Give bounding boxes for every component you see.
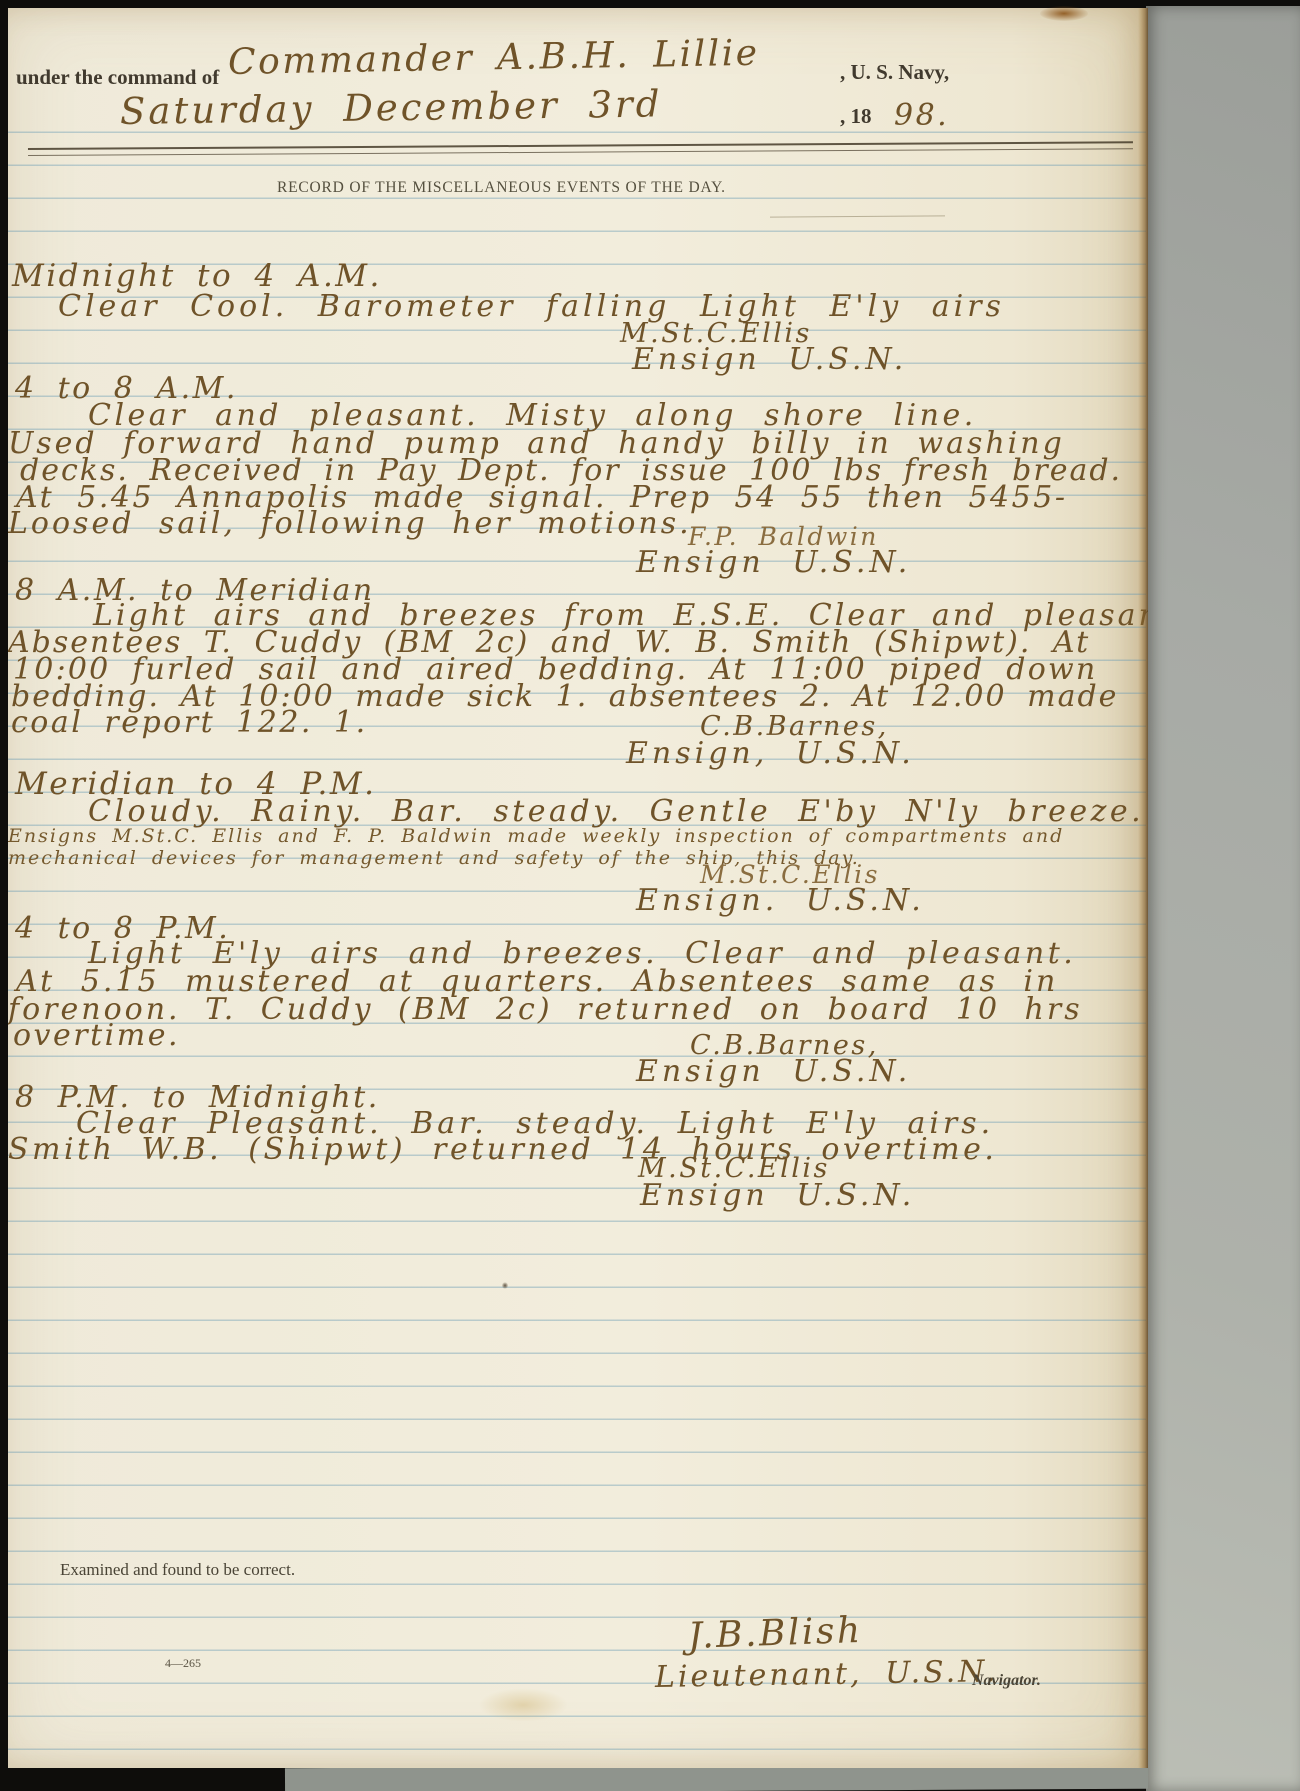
printed-navy-suffix: , U. S. Navy, [840,60,949,85]
entry-2-line-4: coal report 122. 1. [11,705,368,740]
binding-wear-mark [1040,6,1088,21]
entry-0-line-0: Clear Cool. Barometer falling Light E'ly… [58,289,1005,324]
entry-2-rank: Ensign, U.S.N. [626,736,915,771]
navigator-signature: J.B.Blish [687,1610,863,1657]
entry-3-small-line-0: Ensigns M.St.C. Ellis and F. P. Baldwin … [8,825,1064,847]
date-handwritten: Saturday December 3rd [120,82,663,133]
entry-5-rank: Ensign U.S.N. [640,1178,915,1213]
printed-command-prefix: under the command of [16,65,219,90]
navigator-rank: Lieutenant, U.S.N. [655,1654,999,1695]
entry-1-rank: Ensign U.S.N. [636,545,911,580]
scanner-backdrop [1146,6,1300,1791]
entry-3-line-0: Cloudy. Rainy. Bar. steady. Gentle E'by … [88,794,1144,829]
year-handwritten: 98. [894,98,949,133]
entry-5-line-1: Smith W.B. (Shipwt) returned 14 hours ov… [8,1132,997,1167]
printed-year-prefix: , 18 [840,104,872,129]
navigator-printed-label: Navigator. [972,1672,1041,1690]
section-title: RECORD OF THE MISCELLANEOUS EVENTS OF TH… [277,179,726,197]
commander-name-handwritten: Commander A.B.H. Lillie [228,33,760,83]
logbook-scan: under the command of Commander A.B.H. Li… [0,0,1300,1791]
entry-4-rank: Ensign U.S.N. [636,1054,911,1089]
entry-3-rank: Ensign. U.S.N. [636,883,925,918]
log-page: under the command of Commander A.B.H. Li… [8,8,1148,1768]
entry-1-line-4: Loosed sail, following her motions. [8,506,692,541]
entry-4-line-3: overtime. [13,1018,180,1053]
form-number: 4—265 [165,1656,201,1671]
entry-0-rank: Ensign U.S.N. [632,342,907,377]
examined-statement: Examined and found to be correct. [60,1560,295,1580]
